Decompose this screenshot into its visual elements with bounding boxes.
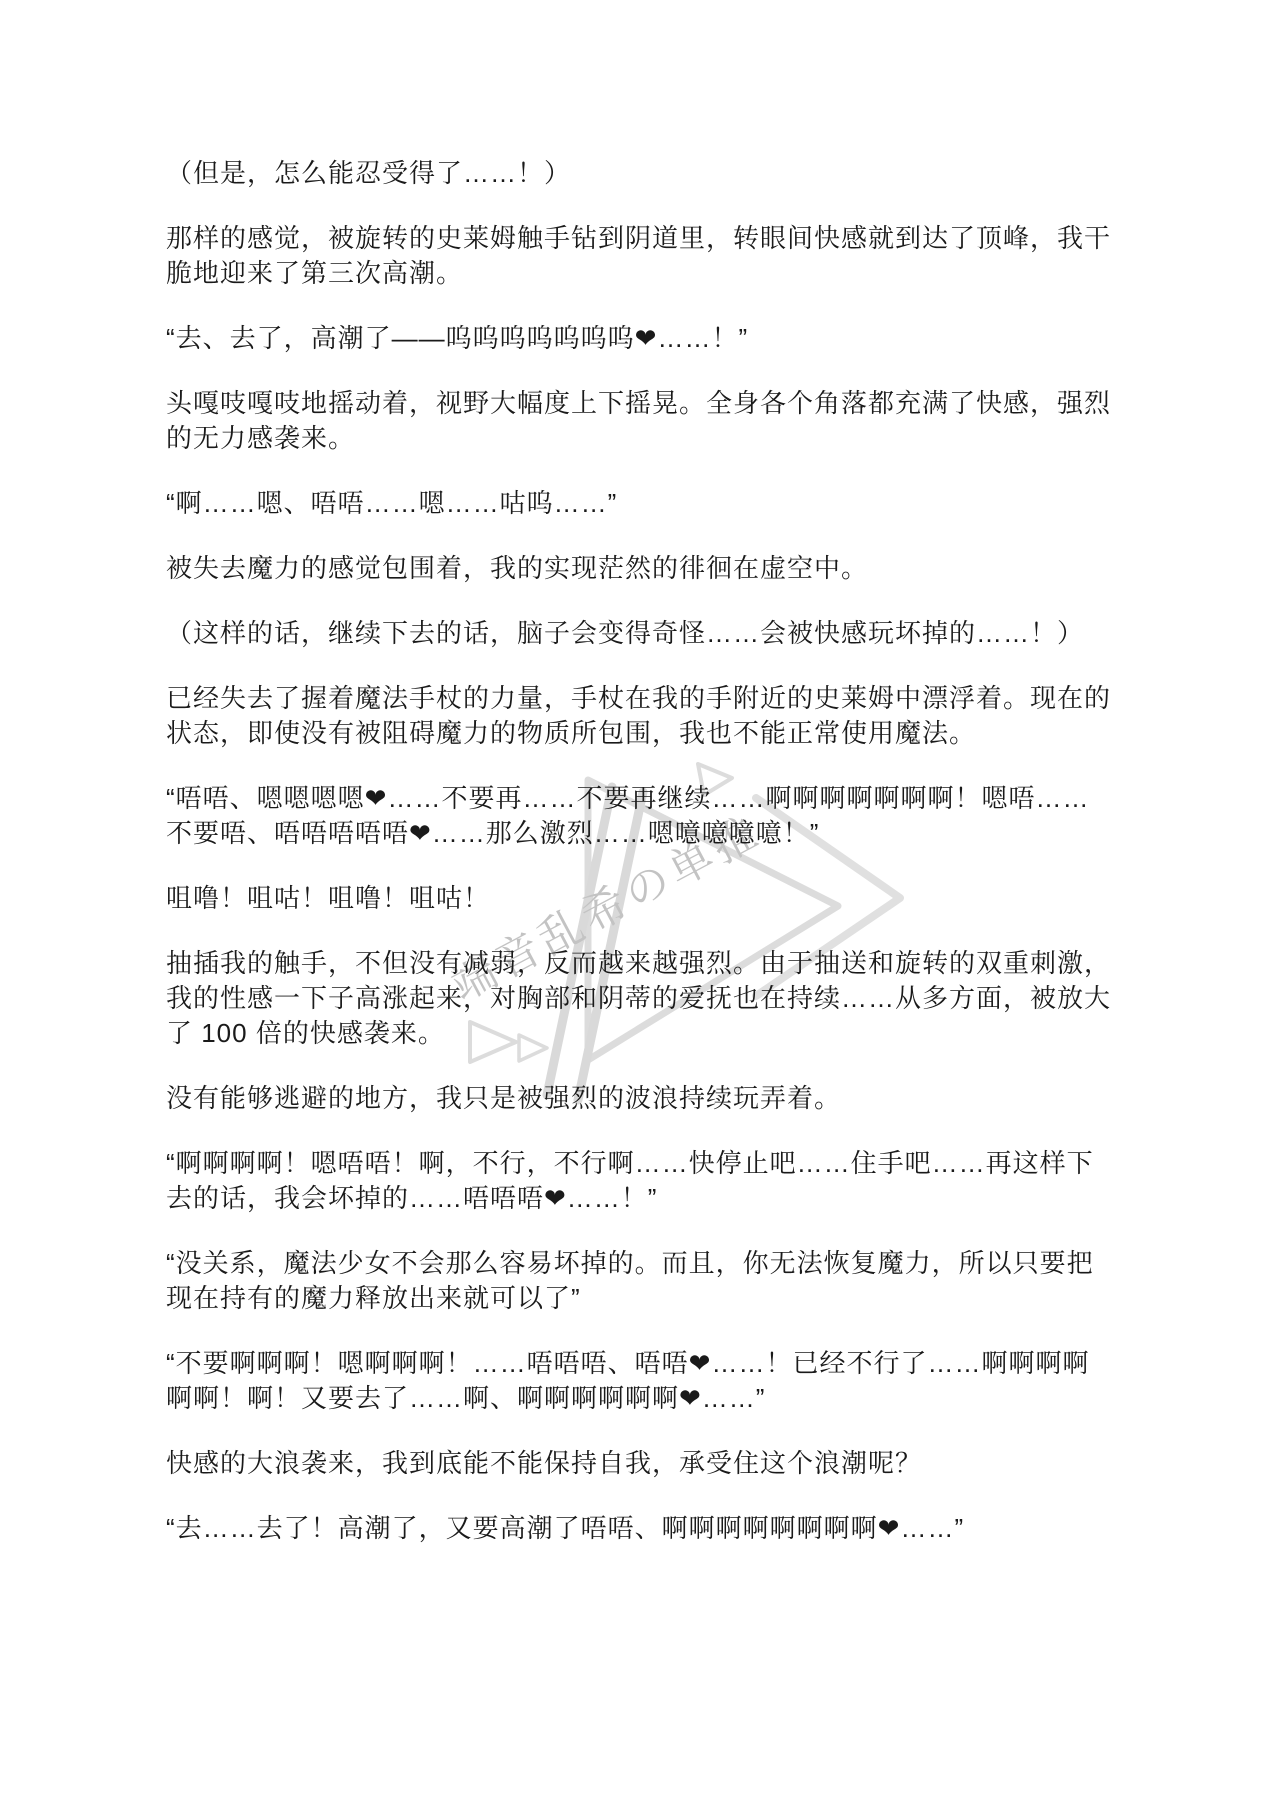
- paragraph: “不要啊啊啊！嗯啊啊啊！……唔唔唔、唔唔❤……！已经不行了……啊啊啊啊啊啊！啊！…: [166, 1346, 1112, 1416]
- paragraph: “啊……嗯、唔唔……嗯……咕呜……”: [166, 486, 1112, 521]
- paragraph: “去……去了！高潮了，又要高潮了唔唔、啊啊啊啊啊啊啊啊❤……”: [166, 1511, 1112, 1546]
- story-text: （但是，怎么能忍受得了……！）那样的感觉，被旋转的史莱姆触手钻到阴道里，转眼间快…: [0, 0, 1280, 1546]
- paragraph: “唔唔、嗯嗯嗯嗯❤……不要再……不要再继续……啊啊啊啊啊啊啊！嗯唔……不要唔、唔…: [166, 781, 1112, 851]
- paragraph: “去、去了，高潮了——呜呜呜呜呜呜呜❤……！”: [166, 321, 1112, 356]
- paragraph: 头嘎吱嘎吱地摇动着，视野大幅度上下摇晃。全身各个角落都充满了快感，强烈的无力感袭…: [166, 386, 1112, 456]
- paragraph: 那样的感觉，被旋转的史莱姆触手钻到阴道里，转眼间快感就到达了顶峰，我干脆地迎来了…: [166, 221, 1112, 291]
- paragraph: “没关系，魔法少女不会那么容易坏掉的。而且，你无法恢复魔力，所以只要把现在持有的…: [166, 1246, 1112, 1316]
- paragraph: 咀噜！咀咕！咀噜！咀咕！: [166, 881, 1112, 916]
- paragraph: 抽插我的触手，不但没有减弱，反而越来越强烈。由于抽送和旋转的双重刺激，我的性感一…: [166, 946, 1112, 1051]
- paragraph: 没有能够逃避的地方，我只是被强烈的波浪持续玩弄着。: [166, 1081, 1112, 1116]
- paragraph: “啊啊啊啊！嗯唔唔！啊，不行，不行啊……快停止吧……住手吧……再这样下去的话，我…: [166, 1146, 1112, 1216]
- paragraph: 被失去魔力的感觉包围着，我的实现茫然的徘徊在虚空中。: [166, 551, 1112, 586]
- paragraph: 已经失去了握着魔法手杖的力量，手杖在我的手附近的史莱姆中漂浮着。现在的状态，即使…: [166, 681, 1112, 751]
- paragraph: 快感的大浪袭来，我到底能不能保持自我，承受住这个浪潮呢？: [166, 1446, 1112, 1481]
- paragraph: （这样的话，继续下去的话，脑子会变得奇怪……会被快感玩坏掉的……！）: [166, 616, 1112, 651]
- document-page: 端音乱希の单推 （但是，怎么能忍受得了……！）那样的感觉，被旋转的史莱姆触手钻到…: [0, 0, 1280, 1810]
- paragraph: （但是，怎么能忍受得了……！）: [166, 156, 1112, 191]
